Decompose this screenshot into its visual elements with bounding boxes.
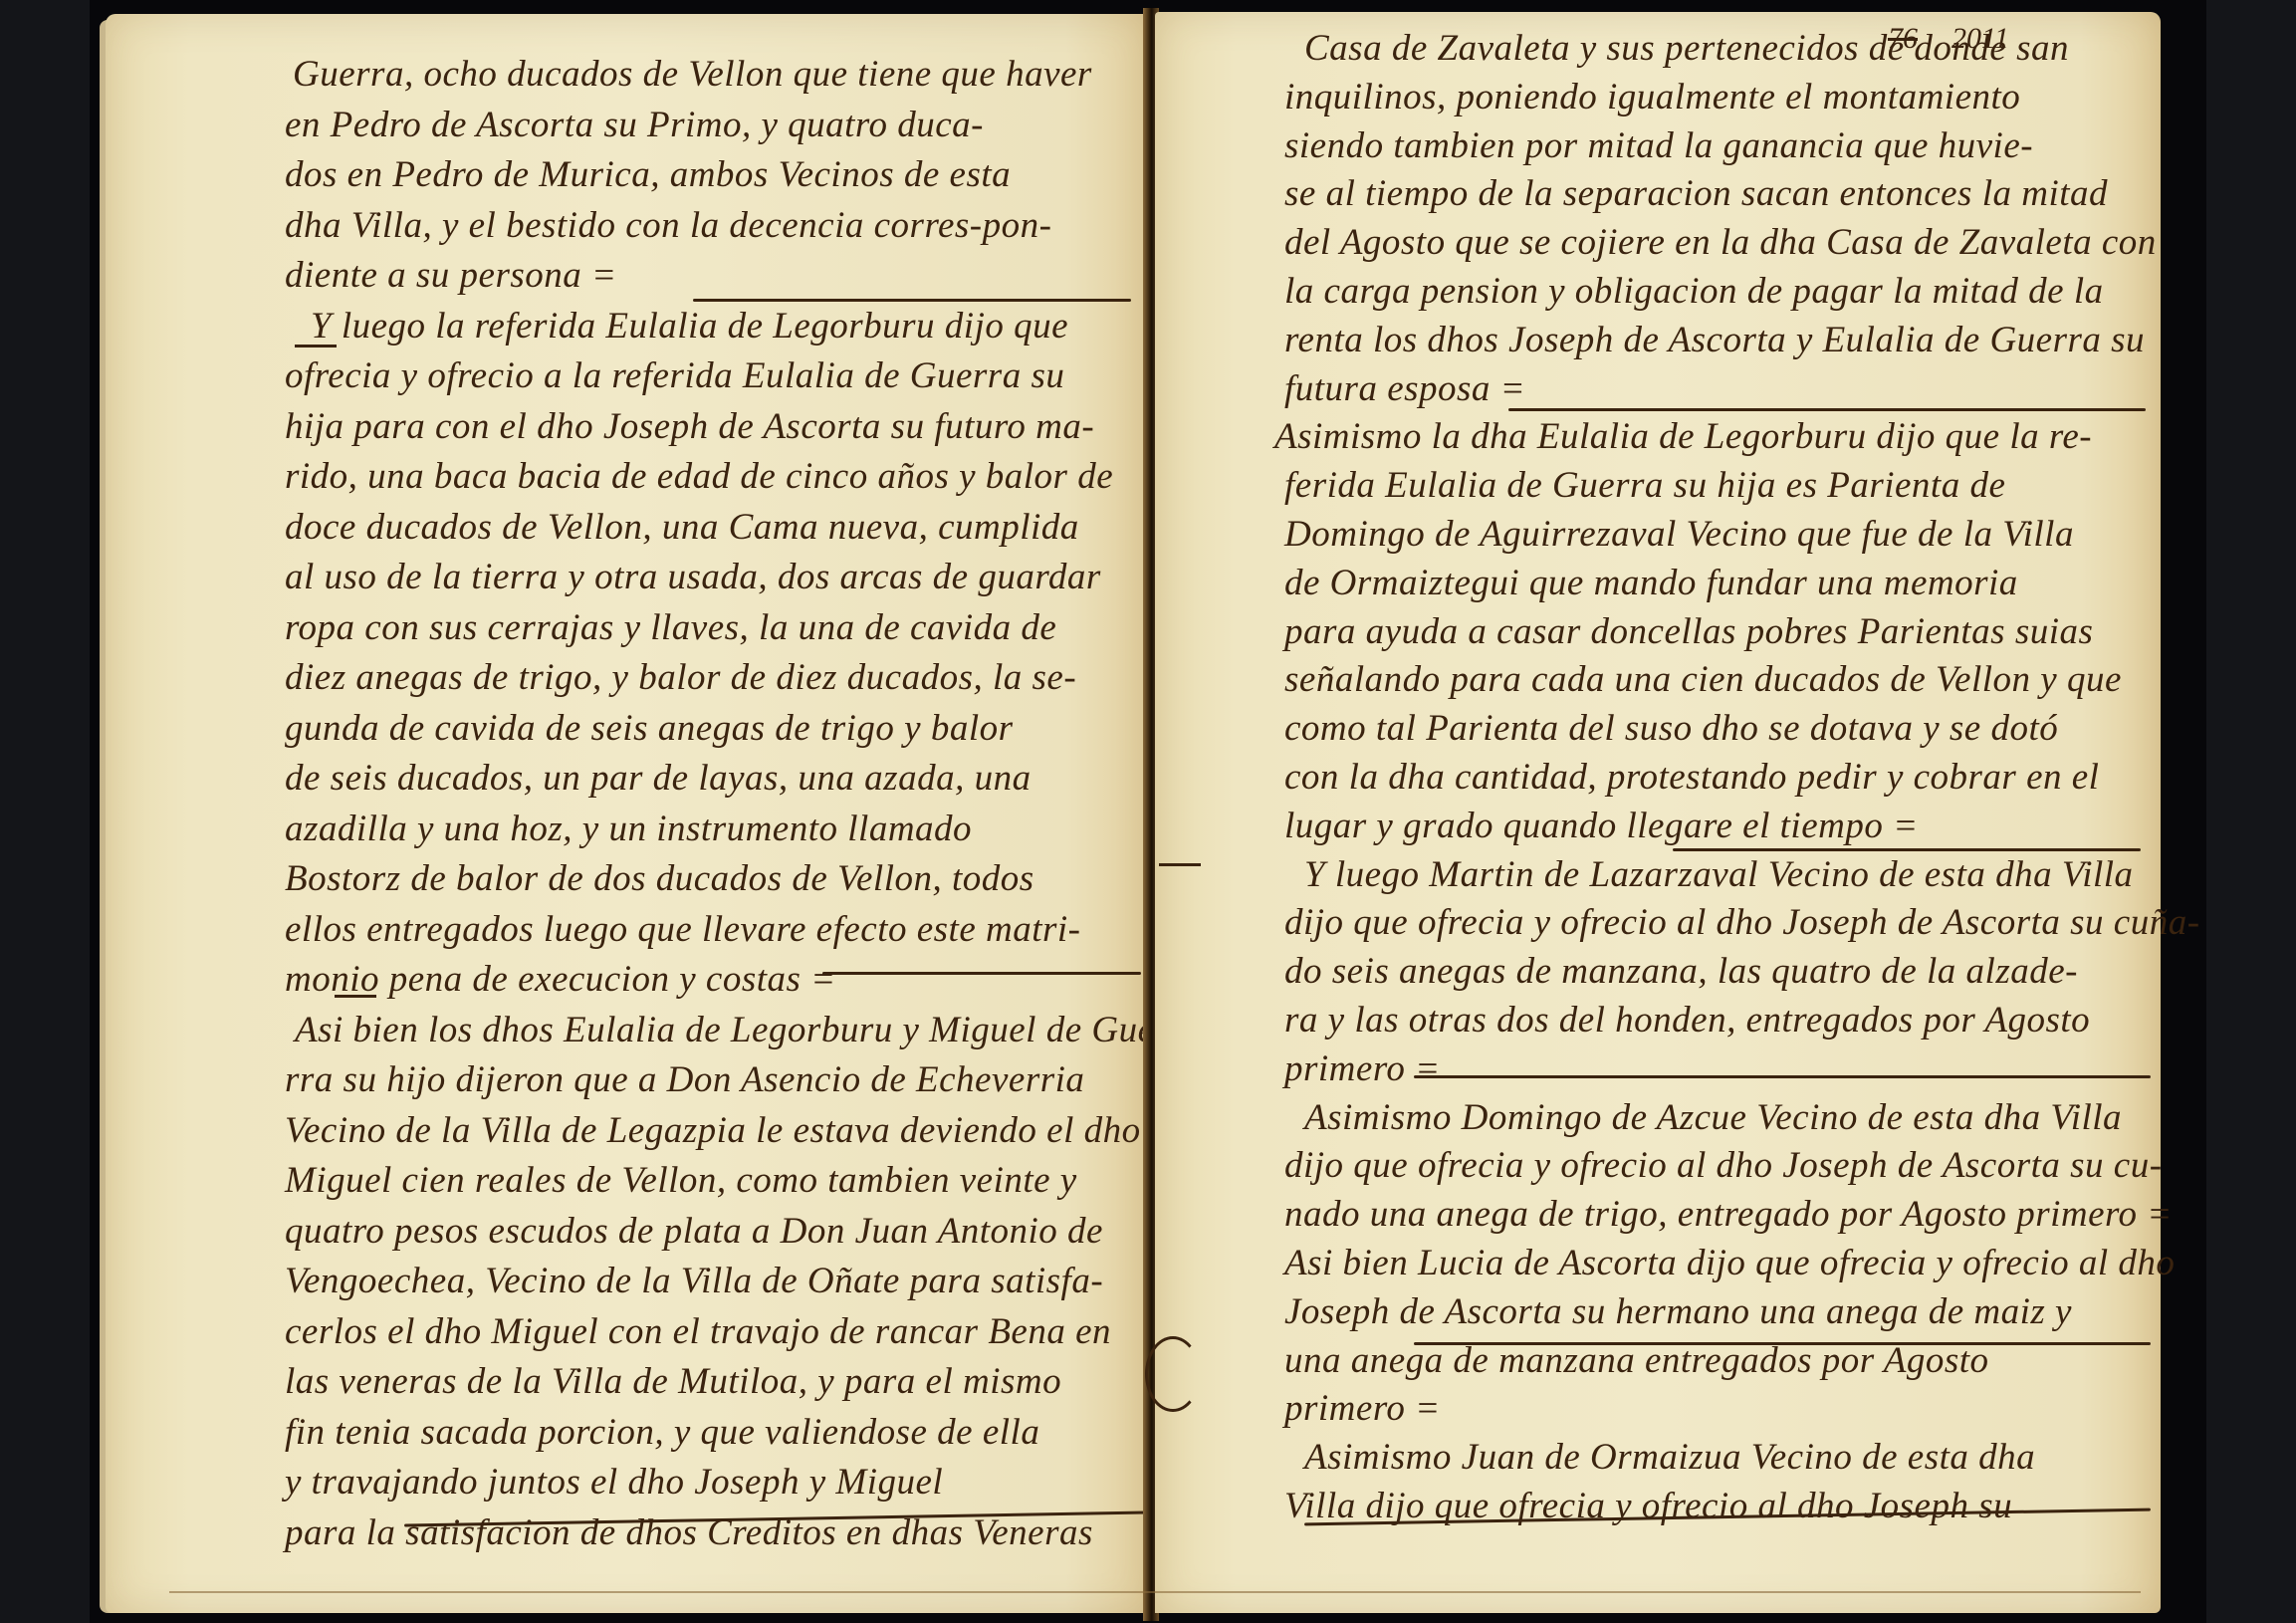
- manuscript-line: con la dha cantidad, protestando pedir y…: [1284, 759, 2099, 796]
- manuscript-line: dijo que ofrecia y ofrecio al dho Joseph…: [1284, 904, 2200, 941]
- right-page: 76 2011 Casa de Zavaleta y sus perteneci…: [1155, 12, 2161, 1613]
- manuscript-line: nado una anega de trigo, entregado por A…: [1284, 1196, 2173, 1233]
- manuscript-line: renta los dhos Joseph de Ascorta y Eulal…: [1284, 322, 2145, 358]
- manuscript-line: hija para con el dho Joseph de Ascorta s…: [285, 408, 1094, 445]
- manuscript-line: primero =: [1284, 1050, 1441, 1087]
- manuscript-line: doce ducados de Vellon, una Cama nueva, …: [285, 509, 1079, 546]
- manuscript-line: Guerra, ocho ducados de Vellon que tiene…: [293, 56, 1092, 93]
- manuscript-line: ferida Eulalia de Guerra su hija es Pari…: [1284, 467, 2005, 504]
- manuscript-line: y travajando juntos el dho Joseph y Migu…: [285, 1464, 943, 1501]
- manuscript-line: Asi bien Lucia de Ascorta dijo que ofrec…: [1284, 1245, 2175, 1281]
- manuscript-line: dha Villa, y el bestido con la decencia …: [285, 207, 1051, 244]
- manuscript-line: inquilinos, poniendo igualmente el monta…: [1284, 79, 2020, 116]
- manuscript-line: gunda de cavida de seis anegas de trigo …: [285, 710, 1014, 747]
- manuscript-line: Asimismo Juan de Ormaizua Vecino de esta…: [1304, 1439, 2035, 1476]
- manuscript-line: se al tiempo de la separacion sacan ento…: [1284, 175, 2108, 212]
- manuscript-line: la carga pension y obligacion de pagar l…: [1284, 273, 2104, 310]
- manuscript-line: futura esposa =: [1284, 370, 1525, 407]
- manuscript-line: en Pedro de Ascorta su Primo, y quatro d…: [285, 107, 984, 143]
- manuscript-line: Joseph de Ascorta su hermano una anega d…: [1284, 1293, 2072, 1330]
- line-filler-rule: [1414, 1075, 2151, 1078]
- manuscript-line: como tal Parienta del suso dho se dotava…: [1284, 710, 2058, 747]
- line-filler-rule: [1673, 848, 2141, 851]
- manuscript-line: dijo que ofrecia y ofrecio al dho Joseph…: [1284, 1147, 2163, 1184]
- manuscript-line: ellos entregados luego que llevare efect…: [285, 911, 1081, 948]
- manuscript-line: Y luego Martin de Lazarzaval Vecino de e…: [1304, 856, 2134, 893]
- manuscript-line: Casa de Zavaleta y sus pertenecidos de d…: [1304, 30, 2069, 67]
- manuscript-line: Miguel cien reales de Vellon, como tambi…: [285, 1162, 1077, 1199]
- manuscript-line: quatro pesos escudos de plata a Don Juan…: [285, 1213, 1103, 1250]
- manuscript-line: señalando para cada una cien ducados de …: [1284, 661, 2122, 698]
- margin-dash: [295, 345, 337, 348]
- manuscript-line: ropa con sus cerrajas y llaves, la una d…: [285, 609, 1056, 646]
- manuscript-line: azadilla y una hoz, y un instrumento lla…: [285, 811, 972, 847]
- manuscript-line: rra su hijo dijeron que a Don Asencio de…: [285, 1061, 1084, 1098]
- manuscript-line: Asimismo la dha Eulalia de Legorburu dij…: [1274, 418, 2092, 455]
- manuscript-line: diez anegas de trigo, y balor de diez du…: [285, 659, 1076, 696]
- line-filler-rule: [693, 299, 1131, 302]
- line-filler-rule: [1414, 1342, 2151, 1345]
- manuscript-line: de Ormaiztegui que mando fundar una memo…: [1284, 565, 2018, 601]
- manuscript-line: Vengoechea, Vecino de la Villa de Oñate …: [285, 1263, 1103, 1299]
- manuscript-line: de seis ducados, un par de layas, una az…: [285, 760, 1032, 797]
- manuscript-line: Y luego la referida Eulalia de Legorburu…: [311, 308, 1068, 345]
- manuscript-line: cerlos el dho Miguel con el travajo de r…: [285, 1313, 1111, 1350]
- manuscript-line: Bostorz de balor de dos ducados de Vello…: [285, 860, 1034, 897]
- manuscript-line: dos en Pedro de Murica, ambos Vecinos de…: [285, 156, 1011, 193]
- manuscript-line: del Agosto que se cojiere en la dha Casa…: [1284, 224, 2157, 261]
- manuscript-line: una anega de manzana entregados por Agos…: [1284, 1342, 1989, 1379]
- margin-dash: [335, 995, 376, 998]
- page-fold-line: [169, 1591, 2141, 1593]
- manuscript-line: Vecino de la Villa de Legazpia le estava…: [285, 1112, 1141, 1149]
- manuscript-line: al uso de la tierra y otra usada, dos ar…: [285, 559, 1101, 595]
- manuscript-line: monio pena de execucion y costas =: [285, 961, 836, 998]
- line-filler-rule: [822, 972, 1141, 975]
- manuscript-line: las veneras de la Villa de Mutiloa, y pa…: [285, 1363, 1061, 1400]
- manuscript-line: Asimismo Domingo de Azcue Vecino de esta…: [1304, 1099, 2122, 1136]
- left-page: Guerra, ocho ducados de Vellon que tiene…: [106, 14, 1149, 1613]
- manuscript-line: diente a su persona =: [285, 257, 617, 294]
- open-book: Guerra, ocho ducados de Vellon que tiene…: [100, 8, 2190, 1623]
- manuscript-line: siendo tambien por mitad la ganancia que…: [1284, 127, 2033, 164]
- manuscript-line: Asi bien los dhos Eulalia de Legorburu y…: [295, 1012, 1167, 1048]
- manuscript-line: fin tenia sacada porcion, y que valiendo…: [285, 1414, 1039, 1451]
- margin-flourish: [1145, 1336, 1201, 1412]
- manuscript-line: para ayuda a casar doncellas pobres Pari…: [1284, 613, 2093, 650]
- manuscript-line: ofrecia y ofrecio a la referida Eulalia …: [285, 357, 1064, 394]
- margin-dash: [1159, 863, 1201, 866]
- manuscript-line: ra y las otras dos del honden, entregado…: [1284, 1002, 2090, 1039]
- manuscript-line: lugar y grado quando llegare el tiempo =: [1284, 808, 1919, 844]
- manuscript-line: primero =: [1284, 1390, 1441, 1427]
- manuscript-line: do seis anegas de manzana, las quatro de…: [1284, 953, 2078, 990]
- line-filler-rule: [1508, 408, 2146, 411]
- manuscript-line: Domingo de Aguirrezaval Vecino que fue d…: [1284, 516, 2074, 553]
- manuscript-line: rido, una baca bacia de edad de cinco añ…: [285, 458, 1113, 495]
